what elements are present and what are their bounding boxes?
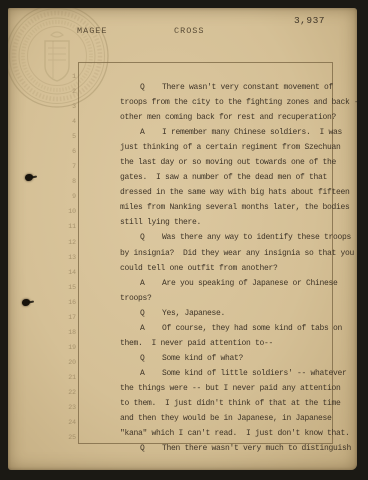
witness-name: MAGEE bbox=[77, 26, 108, 36]
speaker-label: Q bbox=[140, 442, 162, 455]
line-number: 14 bbox=[63, 266, 76, 279]
page-number: 3,937 bbox=[294, 15, 325, 26]
line-number: 8 bbox=[63, 175, 76, 188]
line-number: 23 bbox=[63, 401, 76, 414]
line-number: 10 bbox=[63, 205, 76, 218]
line-number: 17 bbox=[63, 311, 76, 324]
transcript-line: 18them. I never paid attention to-- bbox=[84, 324, 332, 339]
transcript-line: 9miles from Nanking several months later… bbox=[84, 188, 332, 203]
transcript-line: 16QYes, Japanese. bbox=[84, 294, 332, 309]
binder-hole-icon bbox=[25, 174, 33, 181]
line-number: 16 bbox=[63, 296, 76, 309]
transcript-line: 21the things were -- but I never paid an… bbox=[84, 369, 332, 384]
line-number: 21 bbox=[63, 371, 76, 384]
transcript-line: 20ASome kind of little soldiers' -- what… bbox=[84, 354, 332, 369]
binder-hole-icon bbox=[22, 299, 30, 306]
transcript-line: 3other men coming back for rest and recu… bbox=[84, 98, 332, 113]
transcript-line: 15troops? bbox=[84, 279, 332, 294]
examination-type: CROSS bbox=[174, 26, 205, 36]
line-text: Then there wasn't very much to distingui… bbox=[162, 444, 351, 453]
transcript-line: 13could tell one outfit from another? bbox=[84, 249, 332, 264]
line-number: 24 bbox=[63, 416, 76, 429]
line-number: 15 bbox=[63, 281, 76, 294]
line-number: 19 bbox=[63, 341, 76, 354]
transcript-line: 12by insignia? Did they wear any insigni… bbox=[84, 234, 332, 249]
transcript-line: 7gates. I saw a number of the dead men o… bbox=[84, 158, 332, 173]
line-number: 6 bbox=[63, 145, 76, 158]
transcript-line: 23and then they would be in Japanese, in… bbox=[84, 399, 332, 414]
line-number: 25 bbox=[63, 431, 76, 444]
line-number: 7 bbox=[63, 160, 76, 173]
transcript-line: 10still lying there. bbox=[84, 203, 332, 218]
line-number: 4 bbox=[63, 115, 76, 128]
transcript-line: 17AOf course, they had some kind of tabs… bbox=[84, 309, 332, 324]
line-number: 22 bbox=[63, 386, 76, 399]
transcript-line: 22to them. I just didn't think of that a… bbox=[84, 384, 332, 399]
line-number: 12 bbox=[63, 236, 76, 249]
line-number: 9 bbox=[63, 190, 76, 203]
line-number: 20 bbox=[63, 356, 76, 369]
transcript-box: 1QThere wasn't very constant movement of… bbox=[78, 62, 333, 444]
transcript-line: 11QWas there any way to identify these t… bbox=[84, 218, 332, 233]
line-number: 13 bbox=[63, 251, 76, 264]
transcript-line: 14AAre you speaking of Japanese or Chine… bbox=[84, 264, 332, 279]
line-number: 2 bbox=[63, 85, 76, 98]
transcript-line: 1QThere wasn't very constant movement of bbox=[84, 68, 332, 83]
line-number: 11 bbox=[63, 220, 76, 233]
transcript-line: 6the last day or so moving out towards o… bbox=[84, 143, 332, 158]
line-number: 1 bbox=[63, 70, 76, 83]
transcript-line: 2troops from the city to the fighting zo… bbox=[84, 83, 332, 98]
line-number: 5 bbox=[63, 130, 76, 143]
line-number: 3 bbox=[63, 100, 76, 113]
transcript-line: 8dressed in the same way with big hats a… bbox=[84, 173, 332, 188]
transcript-line: 4AI remember many Chinese soldiers. I wa… bbox=[84, 113, 332, 128]
transcript-line: 19QSome kind of what? bbox=[84, 339, 332, 354]
transcript-line: 5just thinking of a certain regiment fro… bbox=[84, 128, 332, 143]
transcript-line: 24"kana" which I can't read. I just don'… bbox=[84, 414, 332, 429]
transcript-page: MAGEE CROSS 3,937 1QThere wasn't very co… bbox=[8, 8, 357, 470]
transcript-line: 25QThen there wasn't very much to distin… bbox=[84, 429, 332, 444]
line-number: 18 bbox=[63, 326, 76, 339]
